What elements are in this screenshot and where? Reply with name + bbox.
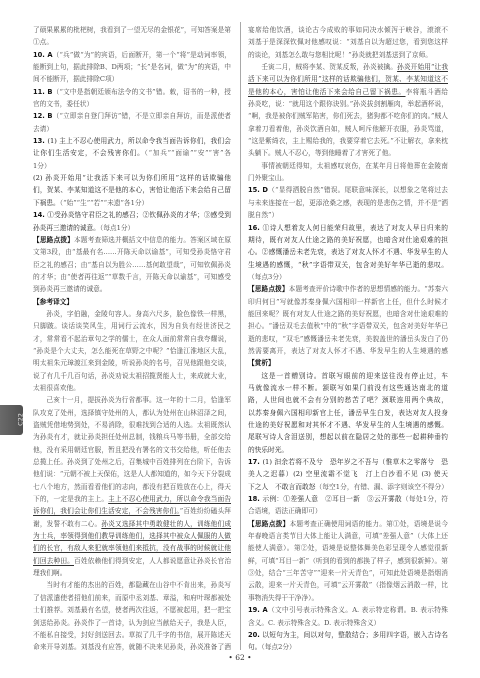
text-run: （“始”“生”“若”“未遗”各1分） (60, 199, 148, 207)
text-run: 明太祖朱元璋渡江来到金陵，听说孙炎的名号，召见他跟他交谈， (33, 359, 231, 367)
text-line: 的才华；由“使者再往返”“草数千言，开陈天命以谕基”，可知感受 (33, 271, 231, 283)
text-run: 美人之迟暮）(2) 空里流霜不觉飞 汀上白沙看不见 (3) 使天 (248, 470, 448, 478)
text-run: 刘基于是深深钦佩对他感叹说：“刘基自以为超过您，看到您这样 (248, 38, 448, 46)
underlined-text: 诉你们，我们会让你们生活安定，不会残害你们。 (33, 507, 180, 515)
text-line: 臣之礼的感召；由“基自以为胜公……基何敢望哉”，可知钦佩孙炎 (33, 259, 231, 271)
text-line: 这是一首赠别诗。首联写眼前的迎来送往没有停止过，车 (248, 370, 448, 382)
text-line: 美人之迟暮）(2) 空里流霜不觉飞 汀上白沙看不见 (3) 使天 (248, 468, 448, 480)
text-run: 己亥十一月，提拔孙炎为行省都事。这一年的十二月，恰逢军 (46, 396, 231, 404)
document-page: 了硕果累累的枇杷树，我看到了一望无尽的金银花”，可知答案是第①点。10. A（“… (0, 0, 480, 678)
text-line: 生境遇的感慨，“秋”字语带双关，包含对美好年华已逝的悲叹。 (248, 259, 448, 271)
text-line: 壬寅二月，贼将李某、贺某反叛，孙炎被擒。孙炎开始用“让我 (248, 61, 448, 73)
text-run: 含义。C. 表示特殊含义。D. 表示特殊含义） (248, 619, 380, 627)
underlined-text: 们的长官，有敌人来犯就率领他们来抵抗，没有战事的时候就让他 (33, 544, 231, 552)
text-run: 逝的悲叹，“双毛”感慨潘岳未老先衰，美貌盖世的潘岳头发白了仍 (248, 335, 448, 343)
side-tab-label: C22 (17, 411, 26, 429)
section-heading: 【思路点拨】 (33, 236, 74, 244)
text-run: 本题考查正确使用词语的能力。第①处，语境是说今 (289, 520, 448, 528)
text-line: 与未来连接在一起，更添沧桑之感，表现的是悲伤之情，并不是“洒 (248, 197, 448, 209)
text-run: 总揽上任。孙炎到了处州之后，召集城中百姓排列在台阶下，告诉 (33, 458, 231, 466)
text-run: 文第3段，由“基最有名……开陈天命以谕基”，可知受孙炎恪守君 (33, 248, 231, 256)
text-run: 下祸患。 (33, 199, 60, 207)
text-line: 年春晚语言类节目大体上能让人满意，可填“差强人意”（大体上还 (248, 530, 448, 542)
text-run: （每点2分） (261, 643, 295, 651)
text-run: 担心。“潘岳双毛去值秋”中的“秋”字语带双关，包含对美好年华已 (248, 322, 448, 330)
text-run: ③处，结合“三年苦守”“迎来一片天青色”，可知此处语境是指烟消 (248, 569, 448, 577)
text-line: 当时有才能的杰出的百姓，都隐藏在山谷中不肯出来，孙炎写 (33, 579, 231, 591)
text-run: 不能私自接受，封好剑送回去。草拟了几千字的书信，展开陈述天 (33, 631, 231, 639)
text-line: 19. A（文中引号表示特殊含义。A. 表示特定称谓。B. 表示特殊 (248, 604, 448, 616)
text-run: ①点。 (33, 38, 53, 46)
question-number: 14. (33, 211, 47, 219)
text-run: 能断到上句，据此排除B、D两项；“长”是名词，做“为”的宾语，中 (33, 63, 231, 71)
text-line: 理我们啊。 (33, 567, 231, 579)
text-run: 壬寅二月，贼将李某、贺某反叛，孙炎被擒。 (261, 63, 397, 71)
text-line: 七八个地方，然而看看他们的志向，都没有把百姓放在心上，得天 (33, 481, 231, 493)
text-run: 为孙炎有才，就让孙炎担任处州总制，钱粮兵马等书册，全部交给 (33, 433, 231, 441)
page-number: 62 (210, 653, 270, 662)
text-line: 事物消失得干干净净）。 (248, 592, 448, 604)
question-number: 19. A (248, 606, 268, 614)
text-run: ”百姓纷纷磕头拜 (180, 507, 231, 515)
text-line: 为士兵，率领得到他们教导训练他们，选择其中被众人佩服的人做他 (33, 530, 231, 542)
text-line: 让你们生活安定，不会残害你们。（“加兵”“面谕”“安”“害”各 (33, 147, 231, 159)
text-line: 11. B（“文中是指朝廷颁布法令的文书”错。敕，诏书的一种，授 (33, 86, 231, 98)
text-run: （“文中是指朝廷颁布法令的文书”错。敕，诏书的一种，授 (52, 88, 231, 96)
text-line: 脱自然”） (248, 209, 448, 221)
text-line: 活下来可以为你们所用”这样的话欺骗他们，贺某、李某知道这不 (248, 73, 448, 85)
underlined-text: 孙炎开始用“让我 (397, 63, 448, 71)
text-run: 谢，发誓不敢有二心。 (33, 520, 101, 528)
underlined-text: 们回去种田。 (33, 557, 74, 565)
text-run: （每处1分，符 (402, 495, 448, 503)
text-run: 臣之礼的感召；由“基自以为胜公……基何敢望哉”，可知钦佩孙炎 (33, 261, 231, 269)
text-run: 下的，一定是我的主上。 (33, 495, 108, 503)
text-line: “这是紫绮衣，主上赐给我的，我要穿着它去死。”不让解衣，拿来枕 (248, 135, 448, 147)
text-line: 说了有几千几百句话，孙炎劝说太祖招揽贤能人士，来成就大业， (33, 370, 231, 382)
text-run: 然需要离开，表达了对友人怀才不遇、华发早生的人生境遇的感慨。 (248, 347, 448, 357)
text-run: (2) 孙炎开始用“让我活下来可以为你们所用”这样的话欺骗他 (33, 174, 231, 182)
text-run: 孙炎再三邀请的诚意。 (33, 224, 100, 232)
text-run: 示例：①差强人意 ②耳目一新 ③云开雾散 (262, 495, 401, 503)
text-run: 他们说：“元朝不被上天保佑，这是人人都知道的，如今天下分裂成 (33, 470, 231, 478)
text-run: 孙炎，字伯融，金陵句容人。身高六尺多，脸色像铁一样黑，一 (33, 310, 231, 320)
text-run: 路，人世间也就不会有分别的愁苦了吧？颈联连用两个典故， (248, 396, 448, 404)
text-line: 剑送给孙炎。孙炎作了一首诗，认为剑应当献给天子，我是人臣， (33, 617, 231, 629)
text-line: 宴席给他饮酒，谈论古今成败的事如同决水倾泻于峡谷，滚滚不停， (248, 24, 448, 36)
text-line: 不能私自接受，封好剑送回去。草拟了几千字的书信，展开陈述天 (33, 629, 231, 641)
text-line: 拿着刀看着他，孙炎饮酒自如，贼人呵斥他解开衣服，孙炎骂道， (248, 123, 448, 135)
text-run: 云散，迎来一片天青色，可填“云开雾散”（指像烟云消散一样，比喻 (248, 581, 448, 591)
text-line: 16. ①诗人想着友人何日能荣归故里，表达了对友人早日归来的 (248, 222, 448, 234)
text-run: (1) 汩余若将不及兮 恐年岁之不吾与（惟草木之零落兮 恐 (262, 458, 448, 466)
text-run: 当时有才能的杰出的百姓，都隐藏在山谷中不肯出来，孙炎写 (46, 581, 231, 589)
text-run: 宴席给他饮酒，谈论古今成败的事如同决水倾泻于峡谷，滚滚不停， (248, 26, 448, 36)
underlined-text: 是他的本心，害怕让他活下来会给自己留下祸患。 (248, 88, 406, 96)
text-run: 才，常常看不起治章句之学的儒士，在众人面前常常自我夸耀说， (33, 335, 231, 343)
text-line: 10. A（“兵”做“为”的宾语，后面断开，第一个“将”是动词率领，不 (33, 49, 231, 61)
text-line: 12. B（“立即亲自登门拜访”错，不是立即亲自拜访，而是派使者 (33, 110, 231, 122)
text-run: 的谈论，刘基怎么敢与您相比呢！”孙炎就把刘基送到了京师。 (248, 51, 432, 59)
text-line: 总揽上任。孙炎到了处州之后，召集城中百姓排列在台阶下，告诉 (33, 456, 231, 468)
text-run: 尾联写诗人含泪送别，想起以前在隐居之处的那些一起耕种垂钓 (248, 433, 448, 441)
text-line: 含义。C. 表示特殊含义。D. 表示特殊含义） (248, 617, 448, 629)
underlined-text: 主上不忍心使用武力，所以命令我当面告 (108, 495, 231, 503)
text-line: 头躺下。贼人不忍心，等到他睡着了才害死了他。 (248, 147, 448, 159)
text-line: 能使人满意）。第②处，语境是说整体舞美色彩呈现令人感觉很新 (248, 542, 448, 554)
question-number: 10. A (33, 51, 53, 59)
text-line: 明太祖朱元璋渡江来到金陵，听说孙炎的名号，召见他跟他交谈， (33, 357, 231, 369)
text-run: 1分） (33, 162, 51, 170)
text-line: 去请） (33, 123, 231, 135)
text-line: 了硕果累累的枇杷树，我看到了一望无尽的金银花”，可知答案是第 (33, 24, 231, 36)
text-line: 的快乐时光。 (248, 444, 448, 456)
text-line: 孙炎再三邀请的诚意。（每点1分） (33, 222, 231, 234)
text-run: 能回来呢？既有对友人仕途之路的美好祝愿，也暗含对仕途艰难的 (248, 310, 448, 318)
text-run: 理我们啊。 (33, 569, 66, 577)
text-line: 到孙炎再三邀请的诚意。 (33, 283, 231, 295)
text-line: 是他的本心，害怕让他活下来会给自己留下祸患。李将瓶斗酒给 (248, 86, 448, 98)
text-run: （“兵”做“为”的宾语，后面断开，第一个“将”是动词率领，不 (33, 51, 231, 61)
text-line: 他，没有采用朝廷官服，暂且把没有署名的文书交给他，听任他去 (33, 444, 231, 456)
text-line: 期待，既有对友人仕途之路的美好祝愿，也暗含对仕途艰难的担 (248, 234, 448, 246)
text-run: 命来开导刘基。刘基没有应答，就随不决来见孙炎，孙炎准备了酒 (33, 643, 231, 651)
text-run: 孙炎吃，说：“就用这个跟你诀别。”孙炎拔剑割雁肉，举起酒杯说， (248, 100, 448, 108)
underlined-text: 孙炎又选择其中勇敢健壮的人，训练他们成 (101, 520, 231, 528)
underlined-text: 为士兵，率领得到他们教导训练他们，选择其中被众人佩服的人做他 (33, 532, 231, 542)
text-line: 们，贺某、李某知道这不是他的本心，害怕让他活下来会给自己留 (33, 184, 231, 196)
text-line: “啊，我是被你们贼军陷害，你们死去，猪狗都不吃你们的肉。”贼人 (248, 110, 448, 122)
text-run: 合语境，语法正确即可） (248, 507, 322, 515)
text-line: 路，人世间也就不会有分别的愁苦了吧？颈联连用两个典故， (248, 394, 448, 406)
text-run: 心。②感慨潘岳未老先衰，表达了对友人怀才不遇、华发早生的人 (248, 248, 448, 256)
text-line: 士们推荐。刘基最有名望，使者两次往返，不愿被起用，把一把宝 (33, 604, 231, 616)
text-run: ①受孙炎恪守君臣之礼的感召；②钦佩孙炎的才华；③感受到 (47, 211, 231, 219)
text-line: 诉你们，我们会让你们生活安定，不会残害你们。”百姓纷纷磕头拜 (33, 505, 231, 517)
text-run: 官的文书，委任状） (33, 100, 93, 108)
text-run: 让你们生活安定，不会残害你们。 (33, 149, 145, 157)
text-run: 马就像流水一样不断。颔联写如果门前没有这些通达南北的道 (248, 384, 448, 392)
text-line: （每点3分） (248, 271, 448, 283)
text-line: 的谈论，刘基怎么敢与您相比呢！”孙炎就把刘基送到了京师。 (248, 49, 448, 61)
text-line: 刘基于是深深钦佩对他感叹说：“刘基自以为超过您，看到您这样 (248, 36, 448, 48)
text-line: 为孙炎有才，就让孙炎担任处州总制，钱粮兵马等书册，全部交给 (33, 431, 231, 443)
text-run: 仕途的美好祝愿和对其怀才不遇、华发早生的人生境遇的感慨。 (248, 421, 448, 429)
question-number: 20. (248, 631, 262, 639)
text-line: 间不能断开，据此排除C项） (33, 73, 231, 85)
text-line: 下的，一定是我的主上。主上不忍心使用武力，所以命令我当面告 (33, 493, 231, 505)
text-line: 能回来呢？既有对友人仕途之路的美好祝愿，也暗含对仕途艰难的 (248, 308, 448, 320)
text-line: 太祖很喜欢他。 (33, 382, 231, 394)
text-line: 孙炎，字伯融，金陵句容人。身高六尺多，脸色像铁一样黑，一 (33, 308, 231, 320)
text-run: 李将瓶斗酒给 (406, 88, 448, 96)
text-run: 了信派遣使者招他们前来，而原中丞刘基、章溢，和府叶琛都被处 (33, 594, 231, 602)
text-run: 句。 (248, 643, 261, 651)
text-line: 18. 示例：①差强人意 ②耳目一新 ③云开雾散（每处1分，符 (248, 493, 448, 505)
text-line: 下之人 不敢言而敢怒（每空1分，有错、漏、添字则该空不得分） (248, 481, 448, 493)
text-run: 门外聚宝山。 (248, 174, 288, 182)
text-run: 百姓依赖他们得到安定，人人都说愿意让孙炎长官治 (74, 557, 231, 565)
text-line: 心。②感慨潘岳未老先衰，表达了对友人怀才不遇、华发早生的人 (248, 246, 448, 258)
text-line: 门外聚宝山。 (248, 172, 448, 184)
text-run: 士们推荐。刘基最有名望，使者两次往返，不愿被起用，把一把宝 (33, 606, 231, 614)
text-line: 以苏秦身佩六国相印新官上任，潘岳早生白发，表达对友人投身 (248, 407, 448, 419)
text-line: 尾联写诗人含泪送别，想起以前在隐居之处的那些一起耕种垂钓 (248, 431, 448, 443)
section-heading: 【参考译文】 (33, 298, 73, 306)
text-line: 鲜，可填“耳目一新”（听到的看到的都换了样子，感到很新鲜）。第 (248, 555, 448, 567)
text-run: 以短句为主，间以对句，整散结合；多用四字语，嵌入古诗名 (262, 631, 448, 639)
text-run: （“加兵”“面谕”“安”“害”各 (145, 149, 231, 157)
text-line: 们的长官，有敌人来犯就率领他们来抵抗，没有战事的时候就让他 (33, 542, 231, 554)
text-line: 合语境，语法正确即可） (248, 505, 448, 517)
text-run: 去请） (33, 125, 53, 133)
text-line: 【思路点拨】本题考查评价诗歌中作者的思想情感的能力。“苏秦六 (248, 283, 448, 295)
text-line: “孙炎是个大丈夫，怎么能死在草野之中呢？”恰逢江淮地区大乱， (33, 345, 231, 357)
text-line: (2) 孙炎开始用“让我活下来可以为你们所用”这样的话欺骗他 (33, 172, 231, 184)
text-run: 太祖很喜欢他。 (33, 384, 80, 392)
question-number: 11. B (33, 88, 52, 96)
text-run: 事物消失得干干净净）。 (248, 594, 318, 602)
underlined-text: 活下来可以为你们所用”这样的话欺骗他们，贺某、李某知道这不 (248, 75, 448, 83)
text-run: （“显得洒脱自然”错误。尾联意味深长，以想象之笔将过去 (268, 186, 448, 194)
text-run: 剑送给孙炎。孙炎作了一首诗，认为剑应当献给天子，我是人臣， (33, 619, 231, 627)
text-run: （每点3分） (248, 273, 286, 281)
text-run: 的才华；由“使者再往返”“草数千言，开陈天命以谕基”，可知感受 (33, 273, 231, 281)
text-line: 17. (1) 汩余若将不及兮 恐年岁之不吾与（惟草木之零落兮 恐 (248, 456, 448, 468)
section-heading: 【赏析】 (248, 359, 275, 367)
question-number: 12. B (33, 112, 52, 120)
text-line: 只脚跛。谈话谈笑风生，用词行云流水，因为自负有经世济民之 (33, 320, 231, 332)
text-line: 孙炎吃，说：“就用这个跟你诀别。”孙炎拔剑割雁肉，举起酒杯说， (248, 98, 448, 110)
text-run: 鲜，可填“耳目一新”（听到的看到的都换了样子，感到很新鲜）。第 (248, 557, 448, 565)
text-line: 【思路点拨】本题考查正确使用词语的能力。第①处，语境是说今 (248, 518, 448, 530)
text-run: 与未来连接在一起，更添沧桑之感，表现的是悲伤之情，并不是“洒 (248, 199, 448, 207)
text-line: 官的文书，委任状） (33, 98, 231, 110)
text-line: 下祸患。（“始”“生”“若”“未遗”各1分） (33, 197, 231, 209)
text-line: 逝的悲叹，“双毛”感慨潘岳未老先衰，美貌盖世的潘岳头发白了仍 (248, 333, 448, 345)
text-line: 1分） (33, 160, 231, 172)
text-run: 队攻克了处州，选择镇守处州的人，都认为处州在山林沼泽之间， (33, 409, 231, 417)
text-line: 马就像流水一样不断。颔联写如果门前没有这些通达南北的道 (248, 382, 448, 394)
text-run: 生境遇的感慨，“秋”字语带双关，包含对美好年华已逝的悲叹。 (248, 261, 448, 269)
text-run: “这是紫绮衣，主上赐给我的，我要穿着它去死。”不让解衣，拿来枕 (248, 137, 448, 145)
text-run: ①诗人想着友人何日能荣归故里，表达了对友人早日归来的 (263, 224, 448, 232)
text-run: 到孙炎再三邀请的诚意。 (33, 285, 107, 293)
text-run: 能使人满意）。第②处，语境是说整体舞美色彩呈现令人感觉很新 (248, 544, 448, 552)
section-heading: 【思路点拨】 (248, 285, 289, 293)
text-line: 命来开导刘基。刘基没有应答，就随不决来见孙炎，孙炎准备了酒 (33, 641, 231, 653)
text-run: 说了有几千几百句话，孙炎劝说太祖招揽贤能人士，来成就大业， (33, 372, 231, 380)
text-run: “孙炎是个大丈夫，怎么能死在草野之中呢？”恰逢江淮地区大乱， (33, 347, 231, 355)
question-number: 18. (248, 495, 262, 503)
text-line: 【赏析】 (248, 357, 448, 369)
text-run: 期待，既有对友人仕途之路的美好祝愿，也暗含对仕途艰难的担 (248, 236, 448, 244)
text-line: 【参考译文】 (33, 296, 231, 308)
text-line: 了信派遣使者招他们前来，而原中丞刘基、章溢，和府叶琛都被处 (33, 592, 231, 604)
text-line: 15. D（“显得洒脱自然”错误。尾联意味深长，以想象之笔将过去 (248, 184, 448, 196)
question-number: 13. (33, 137, 47, 145)
text-run: “啊，我是被你们贼军陷害，你们死去，猪狗都不吃你们的肉。”贼人 (248, 112, 448, 120)
text-line: ③处，结合“三年苦守”“迎来一片天青色”，可知此处语境是指烟消 (248, 567, 448, 579)
text-line: 能断到上句，据此排除B、D两项；“长”是名词，做“为”的宾语，中 (33, 61, 231, 73)
text-run: 本题考查筛选并概括文中信息的能力。答案区域在原 (74, 236, 231, 244)
text-run: 下之人 不敢言而敢怒 (248, 483, 316, 491)
text-line: 盗贼凭借地势到处，不易消除，很难找到合适的人选。太祖既然认 (33, 419, 231, 431)
text-run: 头躺下。贼人不忍心，等到他睡着了才害死了他。 (248, 149, 395, 157)
text-line: 【思路点拨】本题考查筛选并概括文中信息的能力。答案区域在原 (33, 234, 231, 246)
question-number: 15. D (248, 186, 268, 194)
text-line: 他们说：“元朝不被上天保佑，这是人人都知道的，如今天下分裂成 (33, 468, 231, 480)
text-run: (1) 主上不忍心使用武力，所以命令我当面告诉你们，我们会 (47, 137, 231, 145)
text-run: 本题考查评价诗歌中作者的思想情感的能力。“苏秦六 (289, 285, 448, 293)
answer-column-left: 了硕果累累的枇杷树，我看到了一望无尽的金银花”，可知答案是第①点。10. A（“… (33, 24, 231, 654)
text-run: 拿着刀看着他，孙炎饮酒自如，贼人呵斥他解开衣服，孙炎骂道， (248, 125, 448, 133)
text-run: 以苏秦身佩六国相印新官上任，潘岳早生白发，表达对友人投身 (248, 409, 448, 417)
text-run: 七八个地方，然而看看他们的志向，都没有把百姓放在心上，得天 (33, 483, 231, 491)
text-line: 才，常常看不起治章句之学的儒士，在众人面前常常自我夸耀说， (33, 333, 231, 345)
text-line: 文第3段，由“基最有名……开陈天命以谕基”，可知受孙炎恪守君 (33, 246, 231, 258)
column-divider (240, 22, 241, 650)
text-line: 们回去种田。百姓依赖他们得到安定，人人都说愿意让孙炎长官治 (33, 555, 231, 567)
answer-column-right: 宴席给他饮酒，谈论古今成败的事如同决水倾泻于峡谷，滚滚不停，刘基于是深深钦佩对他… (248, 24, 448, 654)
text-line: 13. (1) 主上不忍心使用武力，所以命令我当面告诉你们，我们会 (33, 135, 231, 147)
text-run: 了硕果累累的枇杷树，我看到了一望无尽的金银花”，可知答案是第 (33, 26, 231, 34)
text-line: 仕途的美好祝愿和对其怀才不遇、华发早生的人生境遇的感慨。 (248, 419, 448, 431)
text-run: （每空1分，有错、漏、添字则该空不得分） (316, 483, 449, 491)
text-line: 事情被朝廷得知，太祖感叹哀伤，在某年月日将他葬在金陵南 (248, 160, 448, 172)
text-line: ①点。 (33, 36, 231, 48)
text-line: 担心。“潘岳双毛去值秋”中的“秋”字语带双关，包含对美好年华已 (248, 320, 448, 332)
text-run: 事情被朝廷得知，太祖感叹哀伤，在某年月日将他葬在金陵南 (261, 162, 448, 170)
text-line: 然需要离开，表达了对友人怀才不遇、华发早生的人生境遇的感慨。 (248, 345, 448, 357)
question-number: 16. (248, 224, 263, 232)
text-line: 队攻克了处州，选择镇守处州的人，都认为处州在山林沼泽之间， (33, 407, 231, 419)
text-run: 印归何日”写就像苏秦身佩六国相印一样新官上任，但什么时候才 (248, 298, 448, 306)
text-run: 的快乐时光。 (248, 446, 288, 454)
text-line: 己亥十一月，提拔孙炎为行省都事。这一年的十二月，恰逢军 (33, 394, 231, 406)
text-run: 脱自然”） (248, 211, 278, 219)
text-run: 盗贼凭借地势到处，不易消除，很难找到合适的人选。太祖既然认 (33, 421, 231, 429)
text-run: 只脚跛。谈话谈笑风生，用词行云流水，因为自负有经世济民之 (33, 322, 231, 330)
text-run: 这是一首赠别诗。首联写眼前的迎来送往没有停止过，车 (261, 372, 448, 380)
text-line: 印归何日”写就像苏秦身佩六国相印一样新官上任，但什么时候才 (248, 296, 448, 308)
text-run: （“立即亲自登门拜访”错，不是立即亲自拜访，而是派使者 (52, 112, 231, 120)
section-side-tab: C22 (0, 405, 23, 435)
text-run: （每点1分） (100, 224, 134, 232)
text-run: 他，没有采用朝廷官服，暂且把没有署名的文书交给他，听任他去 (33, 446, 231, 454)
text-line: 14. ①受孙炎恪守君臣之礼的感召；②钦佩孙炎的才华；③感受到 (33, 209, 231, 221)
text-run: 年春晚语言类节目大体上能让人满意，可填“差强人意”（大体上还 (248, 532, 448, 540)
section-heading: 【思路点拨】 (248, 520, 289, 528)
text-run: 们，贺某、李某知道这不是他的本心，害怕让他活下来会给自己留 (33, 186, 231, 194)
text-line: 云散，迎来一片天青色，可填“云开雾散”（指像烟云消散一样，比喻 (248, 579, 448, 591)
text-run: 间不能断开，据此排除C项） (33, 75, 118, 83)
text-line: 谢，发誓不敢有二心。孙炎又选择其中勇敢健壮的人，训练他们成 (33, 518, 231, 530)
text-line: 句。（每点2分） (248, 641, 448, 653)
text-run: （文中引号表示特殊含义。A. 表示特定称谓。B. 表示特殊 (268, 606, 448, 614)
question-number: 17. (248, 458, 262, 466)
text-line: 20. 以短句为主，间以对句，整散结合；多用四字语，嵌入古诗名 (248, 629, 448, 641)
